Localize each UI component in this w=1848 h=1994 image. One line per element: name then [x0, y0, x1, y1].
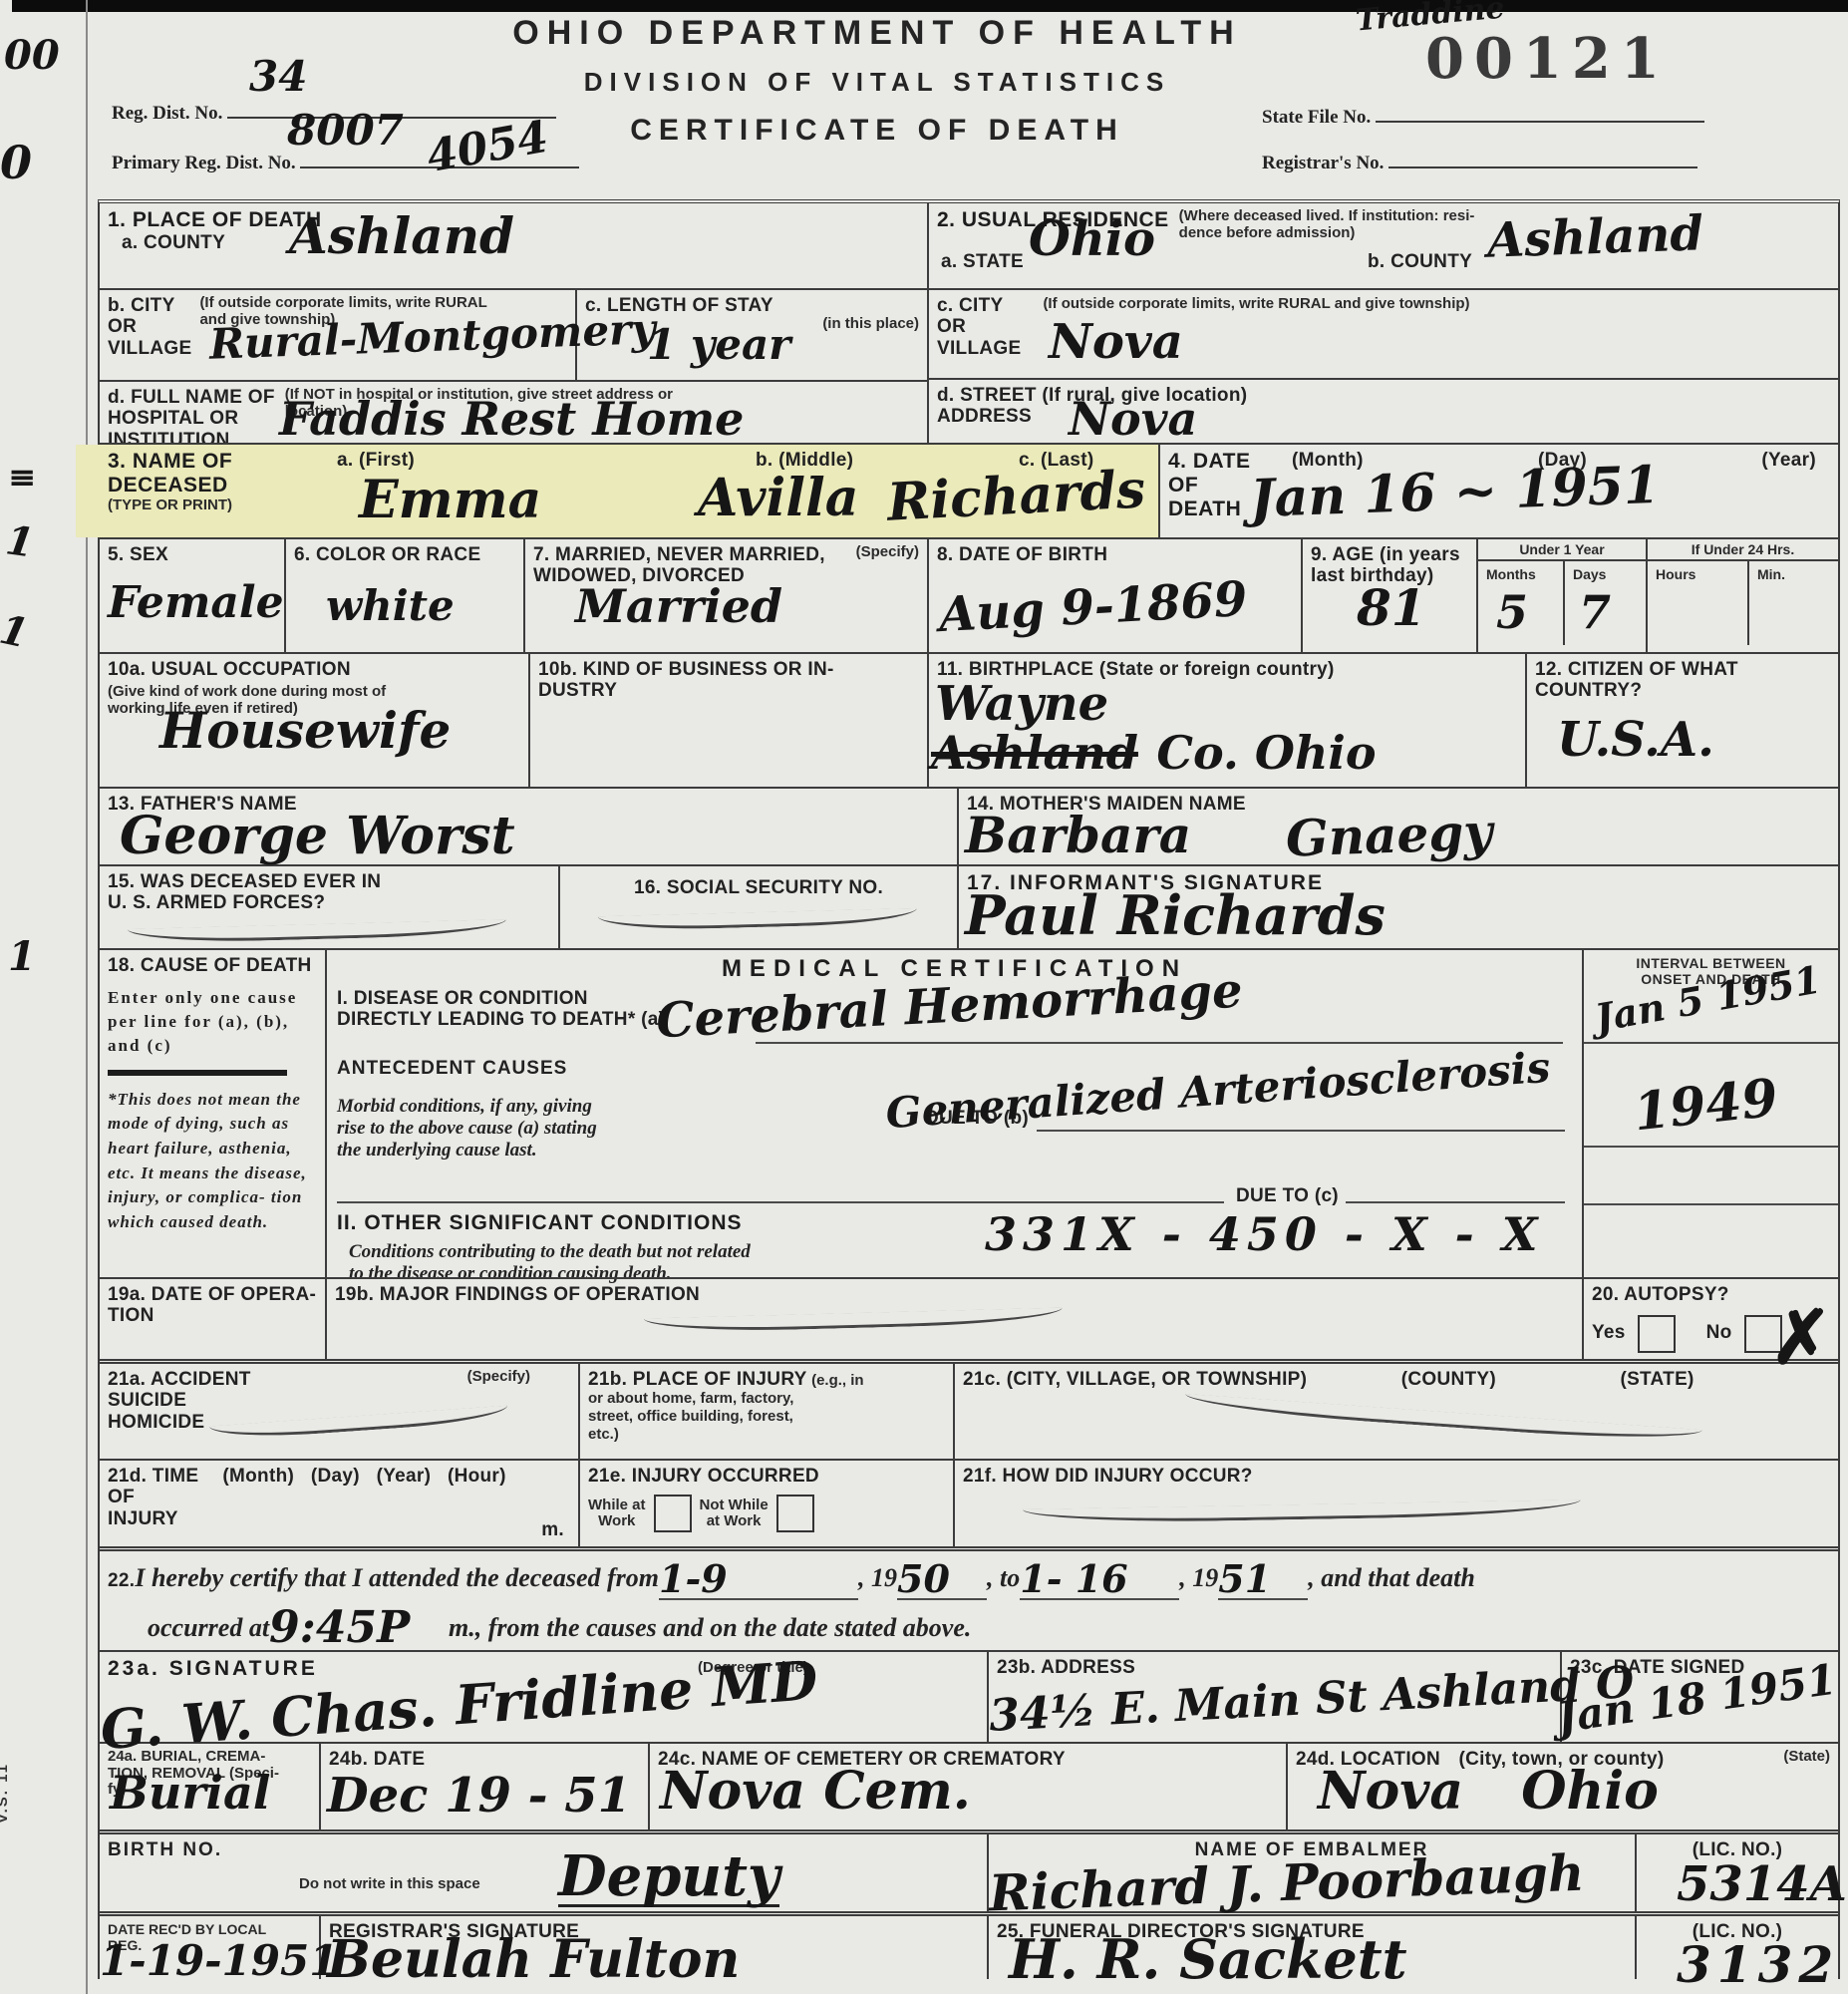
- primary-reg-label: Primary Reg. Dist. No.: [112, 153, 296, 173]
- burial-type-value: Burial: [110, 1770, 270, 1816]
- embalmer-lic-cell: (LIC. NO.) 5314A: [1635, 1834, 1838, 1911]
- certificate-form: 1. PLACE OF DEATH a. COUNTY Ashland b. C…: [98, 199, 1840, 1979]
- autopsy-yes-label: Yes: [1592, 1323, 1626, 1344]
- months-label: Months: [1486, 566, 1555, 582]
- row-registration: DATE REC'D BY LOCAL REG. 1-19-1951 REGIS…: [100, 1911, 1838, 1979]
- business-title: 10b. KIND OF BUSINESS OR IN- DUSTRY: [538, 659, 919, 702]
- margin-mark: 00: [4, 36, 60, 76]
- injury-accident-cell: 21a. ACCIDENT SUICIDE HOMICIDE (Specify): [100, 1364, 578, 1459]
- injury-place-title: 21b. PLACE OF INJURY: [588, 1369, 807, 1390]
- state-file-row: State File No.: [1262, 102, 1704, 129]
- injury-location-cell: 21c. (CITY, VILLAGE, OR TOWNSHIP) (COUNT…: [953, 1364, 1838, 1459]
- certify-year1-prefix: , 19: [858, 1563, 897, 1592]
- interval-line-a: [1584, 1042, 1838, 1044]
- age-value: 81: [1357, 583, 1426, 633]
- row-certify-statement: 22. I hereby certify that I attended the…: [100, 1546, 1838, 1650]
- registrar-signature-cell: REGISTRAR'S SIGNATURE Beulah Fulton: [319, 1916, 987, 1979]
- while-at-work-label: While at Work: [588, 1497, 646, 1530]
- days-label: Days: [1573, 566, 1638, 582]
- row-physician: 23a. SIGNATURE (Degree or title) G. W. C…: [100, 1650, 1838, 1742]
- embalmer-cell: NAME OF EMBALMER Richard J. Poorbaugh: [987, 1834, 1635, 1911]
- sex-title: 5. SEX: [108, 544, 276, 565]
- sex-cell: 5. SEX Female: [100, 539, 284, 652]
- months-value: 5: [1496, 589, 1528, 635]
- race-value: white: [326, 585, 455, 627]
- armed-forces-cell: 15. WAS DECEASED EVER IN U. S. ARMED FOR…: [100, 866, 558, 948]
- burial-date-cell: 24b. DATE Dec 19 - 51: [319, 1744, 648, 1829]
- division-title: DIVISION OF VITAL STATISTICS: [419, 67, 1336, 98]
- row-operation-autopsy: 19a. DATE OF OPERA- TION 19b. MAJOR FIND…: [100, 1277, 1838, 1359]
- name-first-value: Emma: [359, 475, 541, 526]
- header-titles: OHIO DEPARTMENT OF HEALTH DIVISION OF VI…: [419, 14, 1336, 148]
- injury-location-title: 21c. (CITY, VILLAGE, OR TOWNSHIP): [963, 1369, 1307, 1390]
- occupation-title: 10a. USUAL OCCUPATION: [108, 659, 520, 680]
- state-file-stamp: 00121: [1425, 26, 1670, 92]
- certify-number: 22.: [108, 1570, 135, 1591]
- operation-findings-title: 19b. MAJOR FINDINGS OF OPERATION: [335, 1284, 1574, 1305]
- birth-no-title: BIRTH NO.: [108, 1839, 222, 1860]
- injury-accident-note: (Specify): [467, 1369, 530, 1386]
- antecedent-label: ANTECEDENT CAUSES: [337, 1058, 567, 1079]
- residence-state-value: Ohio: [1029, 215, 1155, 263]
- residence-note: (Where deceased lived. If institution: r…: [1179, 208, 1475, 241]
- marital-cell: 7. MARRIED, NEVER MARRIED, WIDOWED, DIVO…: [523, 539, 927, 652]
- embalmer-lic-value: 5314A: [1677, 1860, 1847, 1908]
- name-first-label: a. (First): [337, 450, 680, 471]
- place-county-label: a. COUNTY: [122, 232, 919, 253]
- residence-city-note: (If outside corporate limits, write RURA…: [1043, 296, 1469, 313]
- informant-value: Paul Richards: [965, 888, 1386, 942]
- place-institution-label: d. FULL NAME OF HOSPITAL OR INSTITUTION: [108, 387, 275, 451]
- divider-bar: [108, 1070, 287, 1076]
- race-title: 6. COLOR OR RACE: [294, 544, 515, 565]
- interval-column: INTERVAL BETWEEN ONSET AND DEATH Jan 5 1…: [1582, 950, 1838, 1277]
- certify-text-4: occurred at: [148, 1613, 269, 1642]
- cemetery-cell: 24c. NAME OF CEMETERY OR CREMATORY Nova …: [648, 1744, 1286, 1829]
- injury-time-title: 21d. TIME OF INJURY: [108, 1466, 198, 1529]
- place-city-label: b. CITY OR VILLAGE: [108, 295, 191, 359]
- birthplace-struck: Ashland: [931, 726, 1138, 780]
- reg-dist-value: 34: [249, 56, 307, 98]
- disease-line: [756, 1042, 1563, 1044]
- residence-county-label: b. COUNTY: [1368, 251, 1472, 272]
- certify-time-value: 9:45P: [269, 1606, 449, 1652]
- state-file-line: [1376, 102, 1704, 123]
- hours-label: Hours: [1656, 566, 1739, 582]
- not-while-at-work-checkbox: [776, 1495, 814, 1532]
- injury-state-label: (STATE): [1620, 1369, 1694, 1390]
- funeral-director-value: H. R. Sackett: [1009, 1932, 1407, 1986]
- margin-mark: 1: [3, 520, 36, 563]
- cause-notes-column: 18. CAUSE OF DEATH Enter only one cause …: [100, 950, 325, 1277]
- birthdate-cell: 8. DATE OF BIRTH Aug 9-1869: [927, 539, 1301, 652]
- funeral-lic-cell: (LIC. NO.) 3132: [1635, 1916, 1838, 1979]
- burial-location-cell: 24d. LOCATION (City, town, or county) (S…: [1286, 1744, 1838, 1829]
- due-b-line: [1037, 1130, 1565, 1132]
- other-conditions-label: II. OTHER SIGNIFICANT CONDITIONS: [337, 1211, 743, 1235]
- certify-text-1: I hereby certify that I attended the dec…: [135, 1563, 659, 1592]
- registrar-no-row: Registrar's No.: [1262, 148, 1697, 174]
- row-injury-1: 21a. ACCIDENT SUICIDE HOMICIDE (Specify)…: [100, 1359, 1838, 1459]
- deathdate-cell: 4. DATE OF DEATH (Month) (Day) (Year) Ja…: [1158, 445, 1838, 537]
- while-at-work-checkbox: [654, 1495, 692, 1532]
- cause-footnote: *This does not mean the mode of dying, s…: [108, 1088, 317, 1235]
- certify-text-5: m., from the causes and on the date stat…: [449, 1613, 971, 1642]
- certify-text-3: , and that death: [1308, 1563, 1475, 1592]
- name-last-value: Richards: [886, 464, 1147, 528]
- deputy-notation: Deputy: [558, 1848, 779, 1907]
- autopsy-yes-checkbox: [1638, 1315, 1676, 1353]
- row-injury-2: 21d. TIME OF INJURY (Month) (Day) (Year)…: [100, 1459, 1838, 1546]
- disease-label: I. DISEASE OR CONDITION DIRECTLY LEADING…: [337, 988, 665, 1031]
- burial-date-value: Dec 19 - 51: [327, 1772, 631, 1820]
- blank-stroke: [598, 908, 917, 931]
- certify-year2-prefix: , 19: [1179, 1563, 1218, 1592]
- row-parents: 13. FATHER'S NAME George Worst 14. MOTHE…: [100, 787, 1838, 864]
- burial-location-value: Nova Ohio: [1318, 1766, 1659, 1818]
- state-file-label: State File No.: [1262, 107, 1371, 128]
- death-certificate-scan: V.S. 11 00 0 ≡ 1 1 1 OHIO DEPARTMENT OF …: [0, 0, 1848, 1994]
- due-c-line-right: [1346, 1201, 1565, 1203]
- row-cause-of-death: 18. CAUSE OF DEATH Enter only one cause …: [100, 948, 1838, 1277]
- registrar-no-line: [1388, 148, 1697, 168]
- operation-findings-cell: 19b. MAJOR FINDINGS OF OPERATION: [325, 1279, 1582, 1359]
- injury-time-cell: 21d. TIME OF INJURY (Month) (Day) (Year)…: [100, 1461, 578, 1546]
- operation-date-title: 19a. DATE OF OPERA- TION: [108, 1284, 317, 1327]
- marital-note: (Specify): [856, 544, 919, 561]
- place-county-value: Ashland: [289, 211, 514, 261]
- name-subtitle: (TYPE OR PRINT): [108, 498, 321, 514]
- certify-from-value: 1-9: [659, 1560, 858, 1600]
- registrar-no-label: Registrar's No.: [1262, 153, 1384, 173]
- informant-cell: 17. INFORMANT'S SIGNATURE Paul Richards: [957, 866, 1838, 948]
- armed-forces-title: 15. WAS DECEASED EVER IN U. S. ARMED FOR…: [108, 871, 550, 914]
- blank-stroke: [1023, 1499, 1581, 1524]
- sex-value: Female: [108, 581, 284, 625]
- date-received-value: 1-19-1951: [100, 1940, 338, 1982]
- scan-edge-top: [12, 0, 1848, 12]
- name-first-cell: a. (First) Emma: [329, 445, 688, 537]
- injury-time-m-label: m.: [541, 1519, 564, 1540]
- age-cell: 9. AGE (in years last birthday) 81: [1301, 539, 1476, 652]
- registrar-signature-value: Beulah Fulton: [327, 1934, 740, 1986]
- row-occupation-birthplace: 10a. USUAL OCCUPATION (Give kind of work…: [100, 652, 1838, 787]
- burial-location-state-label: (State): [1783, 1749, 1830, 1766]
- scan-fold-line: [86, 0, 88, 1994]
- row-burial: 24a. BURIAL, CREMA- TION, REMOVAL (Speci…: [100, 1742, 1838, 1829]
- funeral-director-cell: 25. FUNERAL DIRECTOR'S SIGNATURE H. R. S…: [987, 1916, 1635, 1979]
- interval-line-b: [1584, 1146, 1838, 1148]
- blank-stroke: [644, 1308, 1063, 1334]
- cause-instruction: Enter only one cause per line for (a), (…: [108, 986, 317, 1057]
- certify-cell: 22. I hereby certify that I attended the…: [100, 1551, 1838, 1650]
- injury-how-title: 21f. HOW DID INJURY OCCUR?: [963, 1466, 1830, 1487]
- birthplace-line2: Co. Ohio: [1156, 726, 1376, 780]
- mother-first: Barbara: [965, 806, 1191, 864]
- birth-no-cell: BIRTH NO. Do not write in this space Dep…: [100, 1834, 987, 1911]
- birthdate-title: 8. DATE OF BIRTH: [937, 544, 1293, 565]
- autopsy-no-label: No: [1706, 1323, 1732, 1344]
- residence-city-label: c. CITY OR VILLAGE: [937, 295, 1021, 359]
- business-cell: 10b. KIND OF BUSINESS OR IN- DUSTRY: [528, 654, 927, 787]
- father-cell: 13. FATHER'S NAME George Worst: [100, 789, 957, 864]
- name-last-cell: c. (Last) Richards: [987, 445, 1158, 537]
- injury-how-cell: 21f. HOW DID INJURY OCCUR?: [953, 1461, 1838, 1546]
- antecedent-note: Morbid conditions, if any, giving rise t…: [337, 1096, 597, 1162]
- ssn-title: 16. SOCIAL SECURITY NO.: [568, 877, 949, 898]
- place-institution-value: Faddis Rest Home: [279, 396, 744, 442]
- residence-county-value: Ashland: [1486, 209, 1704, 265]
- mother-cell: 14. MOTHER'S MAIDEN NAME Barbara Gnaegy: [957, 789, 1838, 864]
- certify-year1-value: 50: [897, 1560, 987, 1600]
- under-one-year-group: Under 1 Year Months 5 Days 7: [1476, 539, 1646, 652]
- row-birthno-embalmer: BIRTH NO. Do not write in this space Dep…: [100, 1829, 1838, 1911]
- interval-line-c: [1584, 1203, 1838, 1205]
- injury-place-cell: 21b. PLACE OF INJURY (e.g., in or about …: [578, 1364, 953, 1459]
- physician-signature-cell: 23a. SIGNATURE (Degree or title) G. W. C…: [100, 1652, 987, 1742]
- mother-last: Gnaegy: [1285, 807, 1493, 863]
- cause-title: 18. CAUSE OF DEATH: [108, 955, 317, 976]
- blank-stroke: [1184, 1394, 1702, 1445]
- due-c-pencil-code: 331X - 450 - X - X: [985, 1211, 1543, 1257]
- ssn-cell: 16. SOCIAL SECURITY NO.: [558, 866, 957, 948]
- primary-reg-value: 8007: [287, 110, 404, 152]
- birthplace-cell: 11. BIRTHPLACE (State or foreign country…: [927, 654, 1525, 787]
- name-title: 3. NAME OF DECEASED: [108, 450, 321, 498]
- date-received-cell: DATE REC'D BY LOCAL REG. 1-19-1951: [100, 1916, 319, 1979]
- occupation-cell: 10a. USUAL OCCUPATION (Give kind of work…: [100, 654, 528, 787]
- funeral-lic-value: 3132: [1677, 1940, 1839, 1990]
- citizen-title: 12. CITIZEN OF WHAT COUNTRY?: [1535, 659, 1830, 702]
- section-place-of-death: 1. PLACE OF DEATH a. COUNTY Ashland b. C…: [100, 203, 927, 443]
- injury-county-label: (COUNTY): [1401, 1369, 1496, 1390]
- place-stay-value: 1 year: [647, 324, 790, 366]
- section-usual-residence: 2. USUAL RESIDENCE (Where deceased lived…: [927, 203, 1838, 443]
- certify-year2-value: 51: [1218, 1560, 1308, 1600]
- race-cell: 6. COLOR OR RACE white: [284, 539, 523, 652]
- birthdate-value: Aug 9-1869: [938, 575, 1248, 639]
- citizen-cell: 12. CITIZEN OF WHAT COUNTRY? U.S.A.: [1525, 654, 1838, 787]
- cemetery-value: Nova Cem.: [660, 1766, 971, 1818]
- residence-state-label: a. STATE: [941, 251, 1024, 272]
- row-armedforces-ssn-informant: 15. WAS DECEASED EVER IN U. S. ARMED FOR…: [100, 864, 1838, 948]
- medical-certification-column: MEDICAL CERTIFICATION I. DISEASE OR COND…: [325, 950, 1582, 1277]
- operation-date-cell: 19a. DATE OF OPERA- TION: [100, 1279, 325, 1359]
- blank-stroke: [128, 919, 506, 944]
- residence-city-value: Nova: [1049, 318, 1183, 366]
- reg-dist-label: Reg. Dist. No.: [112, 103, 222, 124]
- under-24hrs-label: If Under 24 Hrs.: [1648, 539, 1838, 561]
- injury-accident-title: 21a. ACCIDENT SUICIDE HOMICIDE: [108, 1369, 251, 1433]
- blank-stroke: [209, 1406, 508, 1442]
- injury-occurred-cell: 21e. INJURY OCCURRED While at Work Not W…: [578, 1461, 953, 1546]
- not-while-at-work-label: Not While at Work: [700, 1497, 769, 1530]
- autopsy-cell: 20. AUTOPSY? Yes No ✗: [1582, 1279, 1838, 1359]
- injury-occurred-title: 21e. INJURY OCCURRED: [588, 1466, 945, 1487]
- father-value: George Worst: [120, 811, 515, 862]
- margin-mark: 1: [0, 610, 32, 655]
- due-c-line-left: [337, 1201, 1224, 1203]
- do-not-write-label: Do not write in this space: [299, 1876, 480, 1893]
- margin-mark: 1: [8, 937, 36, 977]
- autopsy-no-x-mark: ✗: [1770, 1301, 1832, 1375]
- row-place-residence: 1. PLACE OF DEATH a. COUNTY Ashland b. C…: [100, 203, 1838, 443]
- birthplace-line1: Wayne: [935, 680, 1108, 728]
- under-24hrs-group: If Under 24 Hrs. Hours Min.: [1646, 539, 1838, 652]
- citizen-value: U.S.A.: [1557, 716, 1714, 764]
- department-title: OHIO DEPARTMENT OF HEALTH: [419, 14, 1336, 53]
- margin-mark: ≡: [8, 461, 37, 495]
- name-label-block: 3. NAME OF DECEASED (TYPE OR PRINT): [100, 445, 329, 537]
- under-one-year-label: Under 1 Year: [1478, 539, 1646, 561]
- due-b-value: Generalized Arteriosclerosis: [884, 1047, 1551, 1135]
- certify-text-2: , to: [987, 1563, 1020, 1592]
- injury-time-labels: (Month) (Day) (Year) (Hour): [222, 1466, 505, 1487]
- days-value: 7: [1579, 589, 1611, 635]
- name-middle-value: Avilla: [698, 473, 858, 524]
- interval-b-value: 1949: [1632, 1073, 1780, 1140]
- row-sex-race-age: 5. SEX Female 6. COLOR OR RACE white 7. …: [100, 537, 1838, 652]
- occupation-value: Housewife: [159, 706, 451, 756]
- deathdate-year-label: (Year): [1761, 450, 1816, 521]
- min-label: Min.: [1757, 566, 1830, 582]
- deathdate-value: Jan 16 ~ 1951: [1249, 460, 1661, 525]
- marital-value: Married: [575, 583, 782, 629]
- margin-mark: 0: [0, 140, 32, 185]
- residence-street-value: Nova: [1069, 396, 1197, 442]
- form-number: V.S. 11: [0, 1763, 11, 1824]
- physician-address-cell: 23b. ADDRESS 34½ E. Main St Ashland O: [987, 1652, 1560, 1742]
- physician-signature-title: 23a. SIGNATURE: [108, 1657, 318, 1681]
- due-c-label: DUE TO (c): [1236, 1185, 1339, 1206]
- certify-to-value: 1- 16: [1020, 1560, 1179, 1600]
- row-name-deathdate: 3. NAME OF DECEASED (TYPE OR PRINT) a. (…: [100, 443, 1838, 537]
